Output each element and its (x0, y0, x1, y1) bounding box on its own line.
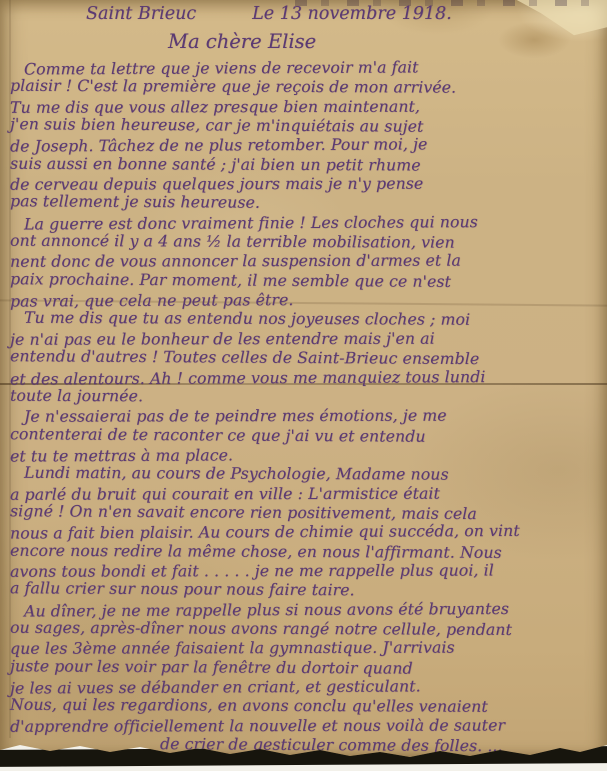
letter-body: Comme ta lettre que je viens de recevoir… (10, 58, 601, 754)
letter-line: Lundi matin, au cours de Psychologie, Ma… (10, 463, 601, 485)
letter-line: que les 3ème année faisaient la gymnasti… (10, 638, 601, 659)
letter-line: Tu me dis que vous allez presque bien ma… (10, 96, 601, 117)
letter-line: suis aussi en bonne santé ; j'ai bien un… (10, 153, 601, 175)
letter-line: ont annoncé il y a 4 ans ½ la terrible m… (10, 231, 601, 253)
letter-line: plaisir ! C'est la première que je reçoi… (10, 76, 601, 98)
letter-line: entendu d'autres ! Toutes celles de Sain… (10, 346, 601, 369)
letter-line: de Joseph. Tâchez de ne plus retomber. P… (10, 134, 601, 156)
letter-line: d'apprendre officiellement la nouvelle e… (10, 715, 601, 736)
letter-line: encore nous redire la même chose, en nou… (10, 540, 601, 562)
letter-date: Le 13 novembre 1918. (252, 4, 452, 24)
scanned-letter-page: Saint Brieuc Le 13 novembre 1918. Ma chè… (0, 0, 607, 771)
letter-line: et des alentours. Ah ! comme vous me man… (10, 366, 601, 388)
letter-line: Tu me dis que tu as entendu nos joyeuses… (10, 308, 601, 330)
letter-line: nous a fait bien plaisir. Au cours de ch… (10, 521, 601, 543)
letter-line: toute la journée. (10, 386, 601, 408)
letter-line: a parlé du bruit qui courait en ville : … (10, 483, 601, 504)
letter-line: Je n'essaierai pas de te peindre mes émo… (10, 405, 601, 426)
letter-line: ou sages, après-dîner nous avons rangé n… (10, 618, 601, 640)
handwritten-letter: Saint Brieuc Le 13 novembre 1918. Ma chè… (10, 4, 601, 754)
letter-salutation: Ma chère Elise (10, 30, 601, 53)
letter-paper: Saint Brieuc Le 13 novembre 1918. Ma chè… (0, 0, 607, 758)
letter-header: Saint Brieuc Le 13 novembre 1918. (10, 4, 601, 24)
letter-place: Saint Brieuc (86, 4, 196, 24)
letter-line: nent donc de vous annoncer la suspension… (10, 251, 601, 272)
letter-line: Nous, qui les regardions, en avons concl… (10, 695, 601, 717)
